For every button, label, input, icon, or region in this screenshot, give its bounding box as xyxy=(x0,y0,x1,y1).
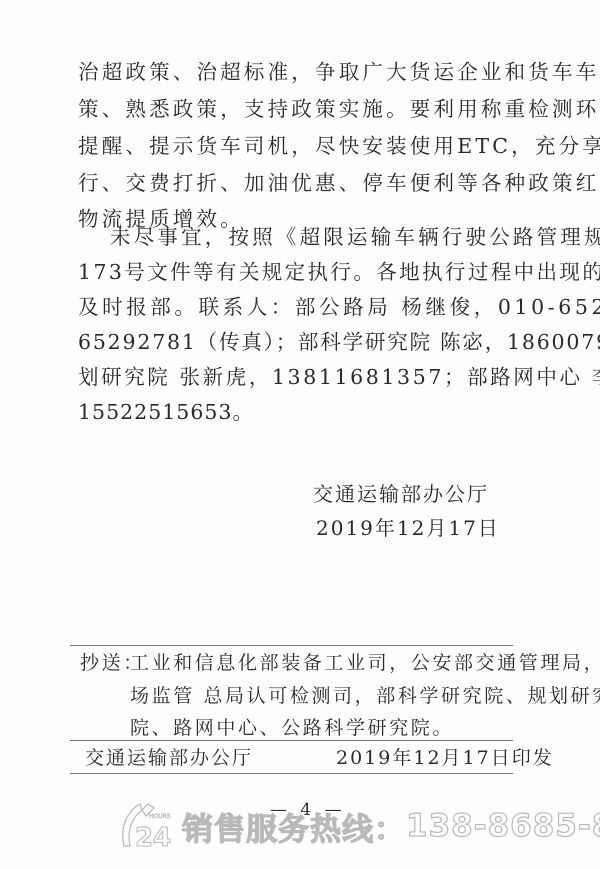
signature-date: 2019年12月17日 xyxy=(316,516,500,540)
svg-text:24: 24 xyxy=(135,823,171,852)
cc-line: 工业和信息化部装备工业司，公安部交通管理局，市 xyxy=(130,651,600,675)
text-line: 行、交费打折、加油优惠、停车便利等各种政策红利，促进 xyxy=(78,171,520,195)
cc-line: 院、路网中心、公路科学研究院。 xyxy=(130,716,454,740)
divider-top xyxy=(70,645,513,646)
text-line: 划研究院 张新虎，13811681357；部路网中心 李友良， xyxy=(78,365,520,389)
text-line: 及时报部。联系人：部公路局 杨继俊，010-65292751， xyxy=(78,295,520,319)
text-line: 未尽事宜，按照《超限运输车辆行驶公路管理规定》和 xyxy=(110,225,520,249)
text-line: 15522515653。 xyxy=(78,400,520,424)
text-line: 治超政策、治超标准，争取广大货运企业和货车车主了解政 xyxy=(78,60,520,84)
watermark: 24 HOURS 销售服务热线： 138-8685-8599 xyxy=(118,797,588,855)
text-line: 提醒、提示货车司机，尽快安装使用ETC，充分享受便捷通 xyxy=(78,134,520,158)
text-line: 策、熟悉政策，支持政策实施。要利用称重检测环节，逐车 xyxy=(78,97,520,121)
phone-24h-logo-icon: 24 HOURS xyxy=(118,800,178,852)
hotline-number: 138-8685-8599 xyxy=(406,808,600,844)
svg-text:HOURS: HOURS xyxy=(149,813,171,820)
cc-line: 场监管 总局认可检测司，部科学研究院、规划研究 xyxy=(130,684,600,708)
issue-date: 2019年12月17日印发 xyxy=(336,746,554,770)
issue-issuer: 交通运输部办公厅 xyxy=(85,746,253,770)
divider-middle xyxy=(70,740,513,741)
text-line: 65292781（传真）；部科学研究院 陈宓，18600797358；部规 xyxy=(78,330,520,354)
signature-issuer: 交通运输部办公厅 xyxy=(313,482,489,506)
divider-bottom xyxy=(70,773,513,774)
hotline-label: 销售服务热线： xyxy=(182,804,406,849)
document-page: 治超政策、治超标准，争取广大货运企业和货车车主了解政 策、熟悉政策，支持政策实施… xyxy=(0,0,600,869)
text-line: 173号文件等有关规定执行。各地执行过程中出现的问题，要 xyxy=(78,260,520,284)
